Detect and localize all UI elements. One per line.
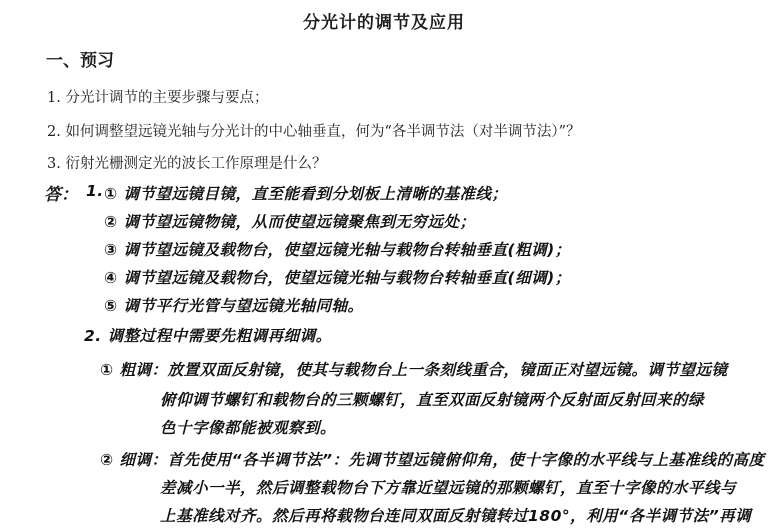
answer-label: 答： — [44, 180, 78, 205]
answer-part2: 2. 调整过程中需要先粗调再细调。 — [84, 324, 332, 346]
step-3: ③ 调节望远镜及载物台，使望远镜光轴与载物台转轴垂直(粗调)； — [104, 238, 571, 260]
fine-line-1: ② 细调：首先使用“各半调节法”：先调节望远镜俯仰角，使十字像的水平线与上基准线… — [100, 448, 765, 470]
step-2: ② 调节望远镜物镜，从而使望远镜聚焦到无穷远处； — [104, 210, 476, 232]
step-5: ⑤ 调节平行光管与望远镜光轴同轴。 — [104, 294, 364, 316]
answer-part1-prefix: 1. — [86, 182, 104, 200]
document-title: 分光计的调节及应用 — [0, 8, 768, 33]
step-4: ④ 调节望远镜及载物台，使望远镜光轴与载物台转轴垂直(细调)； — [104, 266, 571, 288]
fine-line-3: 上基准线对齐。然后再将载物台连同双面反射镜转过180°，利用“各半调节法”再调 — [160, 504, 751, 526]
question-3: 3. 衍射光栅测定光的波长工作原理是什么？ — [47, 152, 326, 173]
step-1: ① 调节望远镜目镜，直至能看到分划板上清晰的基准线； — [104, 182, 508, 204]
coarse-line-3: 色十字像都能被观察到。 — [160, 416, 336, 438]
coarse-line-2: 俯仰调节螺钉和载物台的三颗螺钉，直至双面反射镜两个反射面反射回来的绿 — [160, 388, 704, 410]
question-1: 1. 分光计调节的主要步骤与要点； — [47, 86, 268, 107]
section-heading: 一、预习 — [46, 46, 114, 71]
coarse-line-1: ① 粗调：放置双面反射镜，使其与载物台上一条刻线重合，镜面正对望远镜。调节望远镜 — [100, 358, 728, 380]
question-2: 2. 如何调整望远镜光轴与分光计的中心轴垂直，何为“各半调节法（对半调节法）”？ — [47, 120, 581, 141]
fine-line-2: 差减小一半，然后调整载物台下方靠近望远镜的那颗螺钉，直至十字像的水平线与 — [160, 476, 736, 498]
